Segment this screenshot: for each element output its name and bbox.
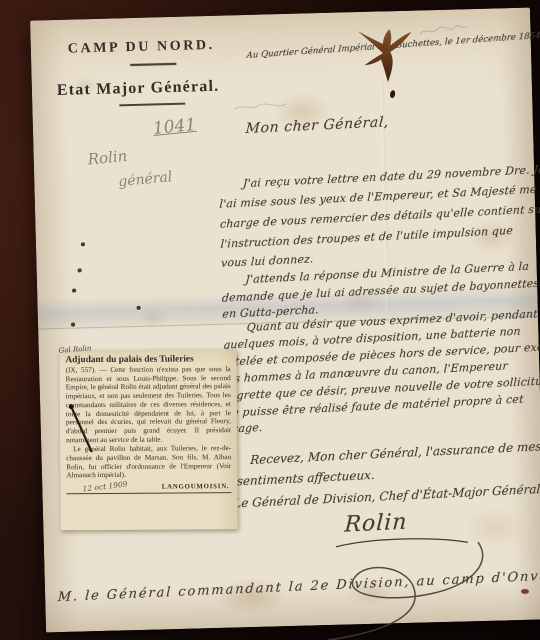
ink-spot [389, 90, 395, 99]
pencil-name-note: Rolin [87, 147, 128, 169]
pin-hole [71, 323, 75, 327]
straight-pin [68, 403, 95, 456]
pin-hole [81, 242, 85, 246]
clipping-handwritten-date: 12 oct 1909 [82, 480, 128, 494]
background-red-mark [521, 589, 529, 594]
ink-blot-bird [352, 27, 416, 91]
pencil-rank-note: général [118, 169, 173, 190]
clipping-byline: LANGOUMOISIN. [162, 483, 230, 490]
letterhead-division: Etat Major Général. [57, 78, 220, 100]
letterhead-ornament-rule [130, 63, 176, 66]
photo-background: CAMP DU NORD. Etat Major Général. 1041 R… [0, 0, 540, 640]
pencil-scribble [232, 100, 288, 113]
letter-closing-line: Recevez, Mon cher Général, l'assurance d… [250, 439, 540, 467]
signature-rolin: Rolin [344, 510, 408, 538]
letter-closing-line: sentiments affectueux. [236, 468, 375, 489]
pencil-inventory-number: 1041 [152, 115, 197, 139]
pin-hole [137, 306, 141, 310]
letterhead-rule [119, 103, 185, 106]
clipping-footer: 12 oct 1909 LANGOUMOISIN. [66, 481, 231, 494]
letter-salutation: Mon cher Général, [245, 114, 389, 137]
pin-hole [78, 268, 82, 272]
pin-hole [72, 289, 76, 293]
letter-body-line: vous lui donnez. [221, 252, 314, 269]
letter-paper: CAMP DU NORD. Etat Major Général. 1041 R… [30, 8, 540, 633]
letterhead-unit: CAMP DU NORD. [68, 38, 215, 58]
